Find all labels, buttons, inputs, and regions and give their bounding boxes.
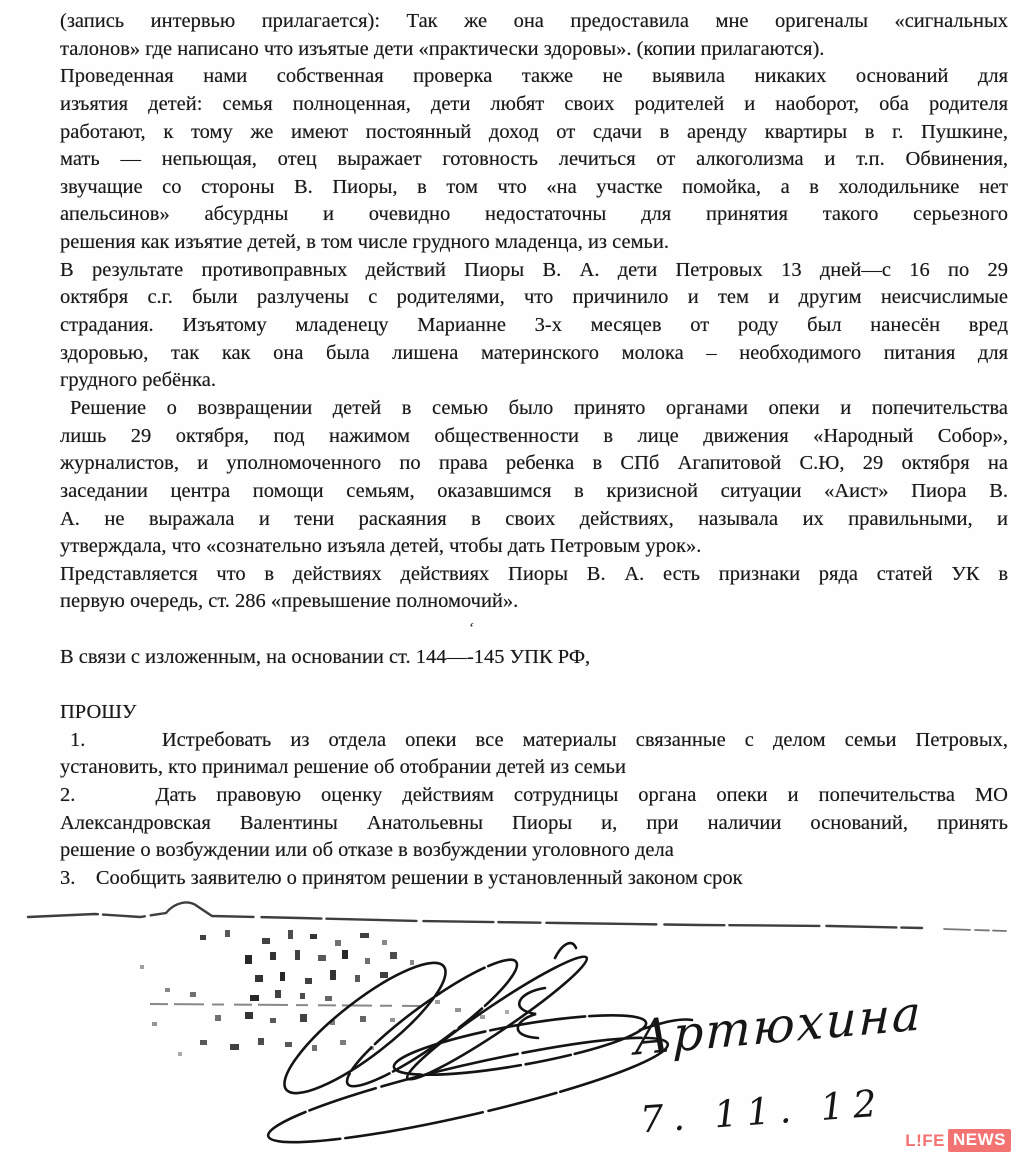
text-line: журналистов, и уполномоченного по права … bbox=[60, 450, 1008, 478]
text-line: В результате противоправных действий Пио… bbox=[60, 257, 1008, 285]
text-line: Проведенная нами собственная проверка та… bbox=[60, 63, 1008, 91]
text-line: (запись интервью прилагается): Так же он… bbox=[60, 8, 1008, 36]
text-line: первую очередь, ст. 286 «превышение полн… bbox=[60, 588, 1008, 616]
text-line: заседании центра помощи семьям, оказавши… bbox=[60, 478, 1008, 506]
stamp-mark bbox=[140, 930, 509, 1056]
text-line: здоровью, так как она была лишена матери… bbox=[60, 340, 1008, 368]
blank-line bbox=[60, 671, 1008, 699]
text-line: Решение о возвращении детей в семью было… bbox=[60, 395, 1008, 423]
fold-line bbox=[28, 902, 1006, 931]
text-line: апельсинов» абсурдны и очевидно недостат… bbox=[60, 201, 1008, 229]
text-line: утверждала, что «сознательно изъяла дете… bbox=[60, 533, 1008, 561]
blank-line bbox=[60, 616, 1008, 644]
text-line: лишь 29 октября, под нажимом общественно… bbox=[60, 423, 1008, 451]
text-line: решения как изъятие детей, в том числе г… bbox=[60, 229, 1008, 257]
handwritten-date: 7. 11. 12 bbox=[639, 1081, 887, 1141]
text-line: А. не выражала и тени раскаяния в своих … bbox=[60, 506, 1008, 534]
handwritten-surname: Артюхина bbox=[634, 985, 923, 1066]
section-heading: ПРОШУ bbox=[60, 699, 1008, 727]
text-line: грудного ребёнка. bbox=[60, 367, 1008, 395]
text-line: установить, кто принимал решение об отоб… bbox=[60, 754, 1008, 782]
text-line: изъятия детей: семья полноценная, дети л… bbox=[60, 91, 1008, 119]
text-line: Представляется что в действиях действиях… bbox=[60, 561, 1008, 589]
text-line: октября с.г. были разлучены с родителями… bbox=[60, 284, 1008, 312]
text-line: решение о возбуждении или об отказе в во… bbox=[60, 837, 1008, 865]
list-item: 2. Дать правовую оценку действиям сотруд… bbox=[60, 782, 1008, 810]
text-line: мать — непьющая, отец выражает готовност… bbox=[60, 146, 1008, 174]
scanned-complaint-text: (запись интервью прилагается): Так же он… bbox=[60, 8, 1008, 893]
lifenews-news-badge: NEWS bbox=[948, 1129, 1011, 1152]
list-item: 3. Сообщить заявителю о принятом решении… bbox=[60, 865, 1008, 893]
text-line: Александровская Валентины Анатольевны Пи… bbox=[60, 810, 1008, 838]
text-line: талонов» где написано что изъятые дети «… bbox=[60, 36, 1008, 64]
signature bbox=[263, 943, 692, 1160]
lifenews-watermark: L!FE NEWS bbox=[905, 1129, 1011, 1152]
lifenews-life-text: L!FE bbox=[905, 1131, 945, 1151]
text-line: страдания. Изъятому младенецу Марианне 3… bbox=[60, 312, 1008, 340]
text-line: звучащие со стороны В. Пиоры, в том что … bbox=[60, 174, 1008, 202]
list-item: 1. Истребовать из отдела опеки все матер… bbox=[60, 727, 1008, 755]
text-line: работают, к тому же имеют постоянный дох… bbox=[60, 119, 1008, 147]
text-line: В связи с изложенным, на основании ст. 1… bbox=[60, 644, 1008, 672]
